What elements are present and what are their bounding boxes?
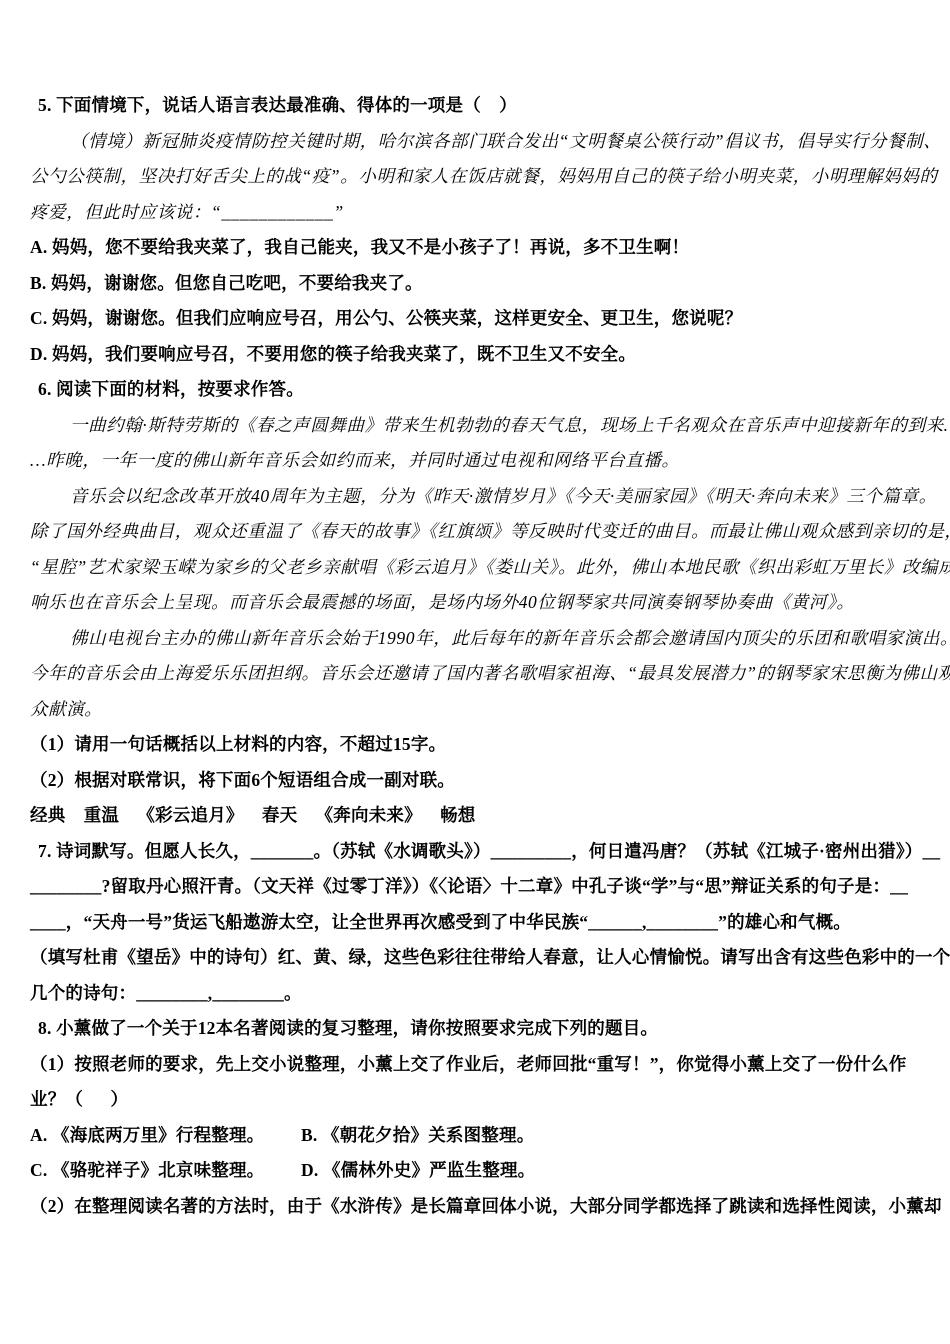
question-6-material-line: 众献演。 (30, 692, 922, 728)
exam-page: 5. 下面情境下，说话人语言表达最准确、得体的一项是（ ）（情境）新冠肺炎疫情防… (0, 0, 950, 1344)
question-5-option-a: A. 妈妈，您不要给我夹菜了，我自己能夹，我又不是小孩子了！再说，多不卫生啊！ (30, 230, 922, 266)
question-7-line: （填写杜甫《望岳》中的诗句）红、黄、绿，这些色彩往往带给人春意，让人心情愉悦。请… (30, 940, 922, 976)
question-7-line: 几个的诗句：________,________。 (30, 976, 922, 1012)
question-7-stem: 7. 诗词默写。但愿人长久，_______。（苏轼《水调歌头》）________… (38, 834, 922, 870)
question-8-options-cd: C. 《骆驼祥子》北京味整理。 D. 《儒林外史》严监生整理。 (30, 1153, 922, 1189)
question-7-line: ________?留取丹心照汗青。（文天祥《过零丁洋》）《〈论语〉十二章》中孔子… (30, 869, 922, 905)
question-8-stem: 8. 小薰做了一个关于12本名著阅读的复习整理，请你按照要求完成下列的题目。 (38, 1011, 922, 1047)
question-8-subquestion-2: （2）在整理阅读名著的方法时，由于《水浒传》是长篇章回体小说，大部分同学都选择了… (30, 1189, 922, 1225)
question-5-option-c: C. 妈妈，谢谢您。但我们应响应号召，用公勺、公筷夹菜，这样更安全、更卫生，您说… (30, 301, 922, 337)
question-6-material-line: 佛山电视台主办的佛山新年音乐会始于1990年，此后每年的新年音乐会都会邀请国内顶… (70, 621, 922, 657)
question-6-material-line: 音乐会以纪念改革开放40周年为主题，分为《昨天·激情岁月》《今天·美丽家园》《明… (70, 479, 922, 515)
question-5-option-d: D. 妈妈，我们要响应号召，不要用您的筷子给我夹菜了，既不卫生又不安全。 (30, 337, 922, 373)
question-8-subquestion-1: （1）按照老师的要求，先上交小说整理，小薰上交了作业后，老师回批“重写！”，你觉… (30, 1047, 922, 1083)
question-5-context-line: （情境）新冠肺炎疫情防控关键时期，哈尔滨各部门联合发出“文明餐桌公筷行动”倡议书… (70, 124, 922, 160)
question-7-line: ____，“天舟一号”货运飞船遨游太空，让全世界再次感受到了中华民族“_____… (30, 905, 922, 941)
question-6-subquestion-2: （2）根据对联常识，将下面6个短语组合成一副对联。 (30, 763, 922, 799)
question-6-material-line: “星腔”艺术家梁玉嵘为家乡的父老乡亲献唱《彩云追月》《娄山关》。此外，佛山本地民… (30, 550, 922, 586)
question-5-stem: 5. 下面情境下，说话人语言表达最准确、得体的一项是（ ） (38, 88, 922, 124)
question-6-material-line: …昨晚，一年一度的佛山新年音乐会如约而来，并同时通过电视和网络平台直播。 (30, 443, 922, 479)
question-6-phrases: 经典 重温 《彩云追月》 春天 《奔向未来》 畅想 (30, 798, 922, 834)
question-6-material-line: 除了国外经典曲目，观众还重温了《春天的故事》《红旗颂》等反映时代变迁的曲目。而最… (30, 514, 922, 550)
question-6-material-line: 响乐也在音乐会上呈现。而音乐会最震撼的场面，是场内场外40位钢琴家共同演奏钢琴协… (30, 585, 922, 621)
question-6-material-line: 今年的音乐会由上海爱乐乐团担纲。音乐会还邀请了国内著名歌唱家祖海、“最具发展潜力… (30, 656, 922, 692)
question-8-options-ab: A. 《海底两万里》行程整理。 B. 《朝花夕拾》关系图整理。 (30, 1118, 922, 1154)
question-5-context-line: 公勺公筷制，坚决打好舌尖上的战“疫”。小明和家人在饭店就餐，妈妈用自己的筷子给小… (30, 159, 922, 195)
question-5-context-line: 疼爱，但此时应该说：“____________” (30, 195, 922, 231)
question-6-material-line: 一曲约翰·斯特劳斯的《春之声圆舞曲》带来生机勃勃的春天气息，现场上千名观众在音乐… (70, 408, 922, 444)
question-5-option-b: B. 妈妈，谢谢您。但您自己吃吧，不要给我夹了。 (30, 266, 922, 302)
question-6-stem: 6. 阅读下面的材料，按要求作答。 (38, 372, 922, 408)
question-8-subquestion-1-continuation: 业？（ ） (30, 1082, 922, 1118)
exam-document: 5. 下面情境下，说话人语言表达最准确、得体的一项是（ ）（情境）新冠肺炎疫情防… (30, 88, 922, 1224)
question-6-subquestion-1: （1）请用一句话概括以上材料的内容，不超过15字。 (30, 727, 922, 763)
